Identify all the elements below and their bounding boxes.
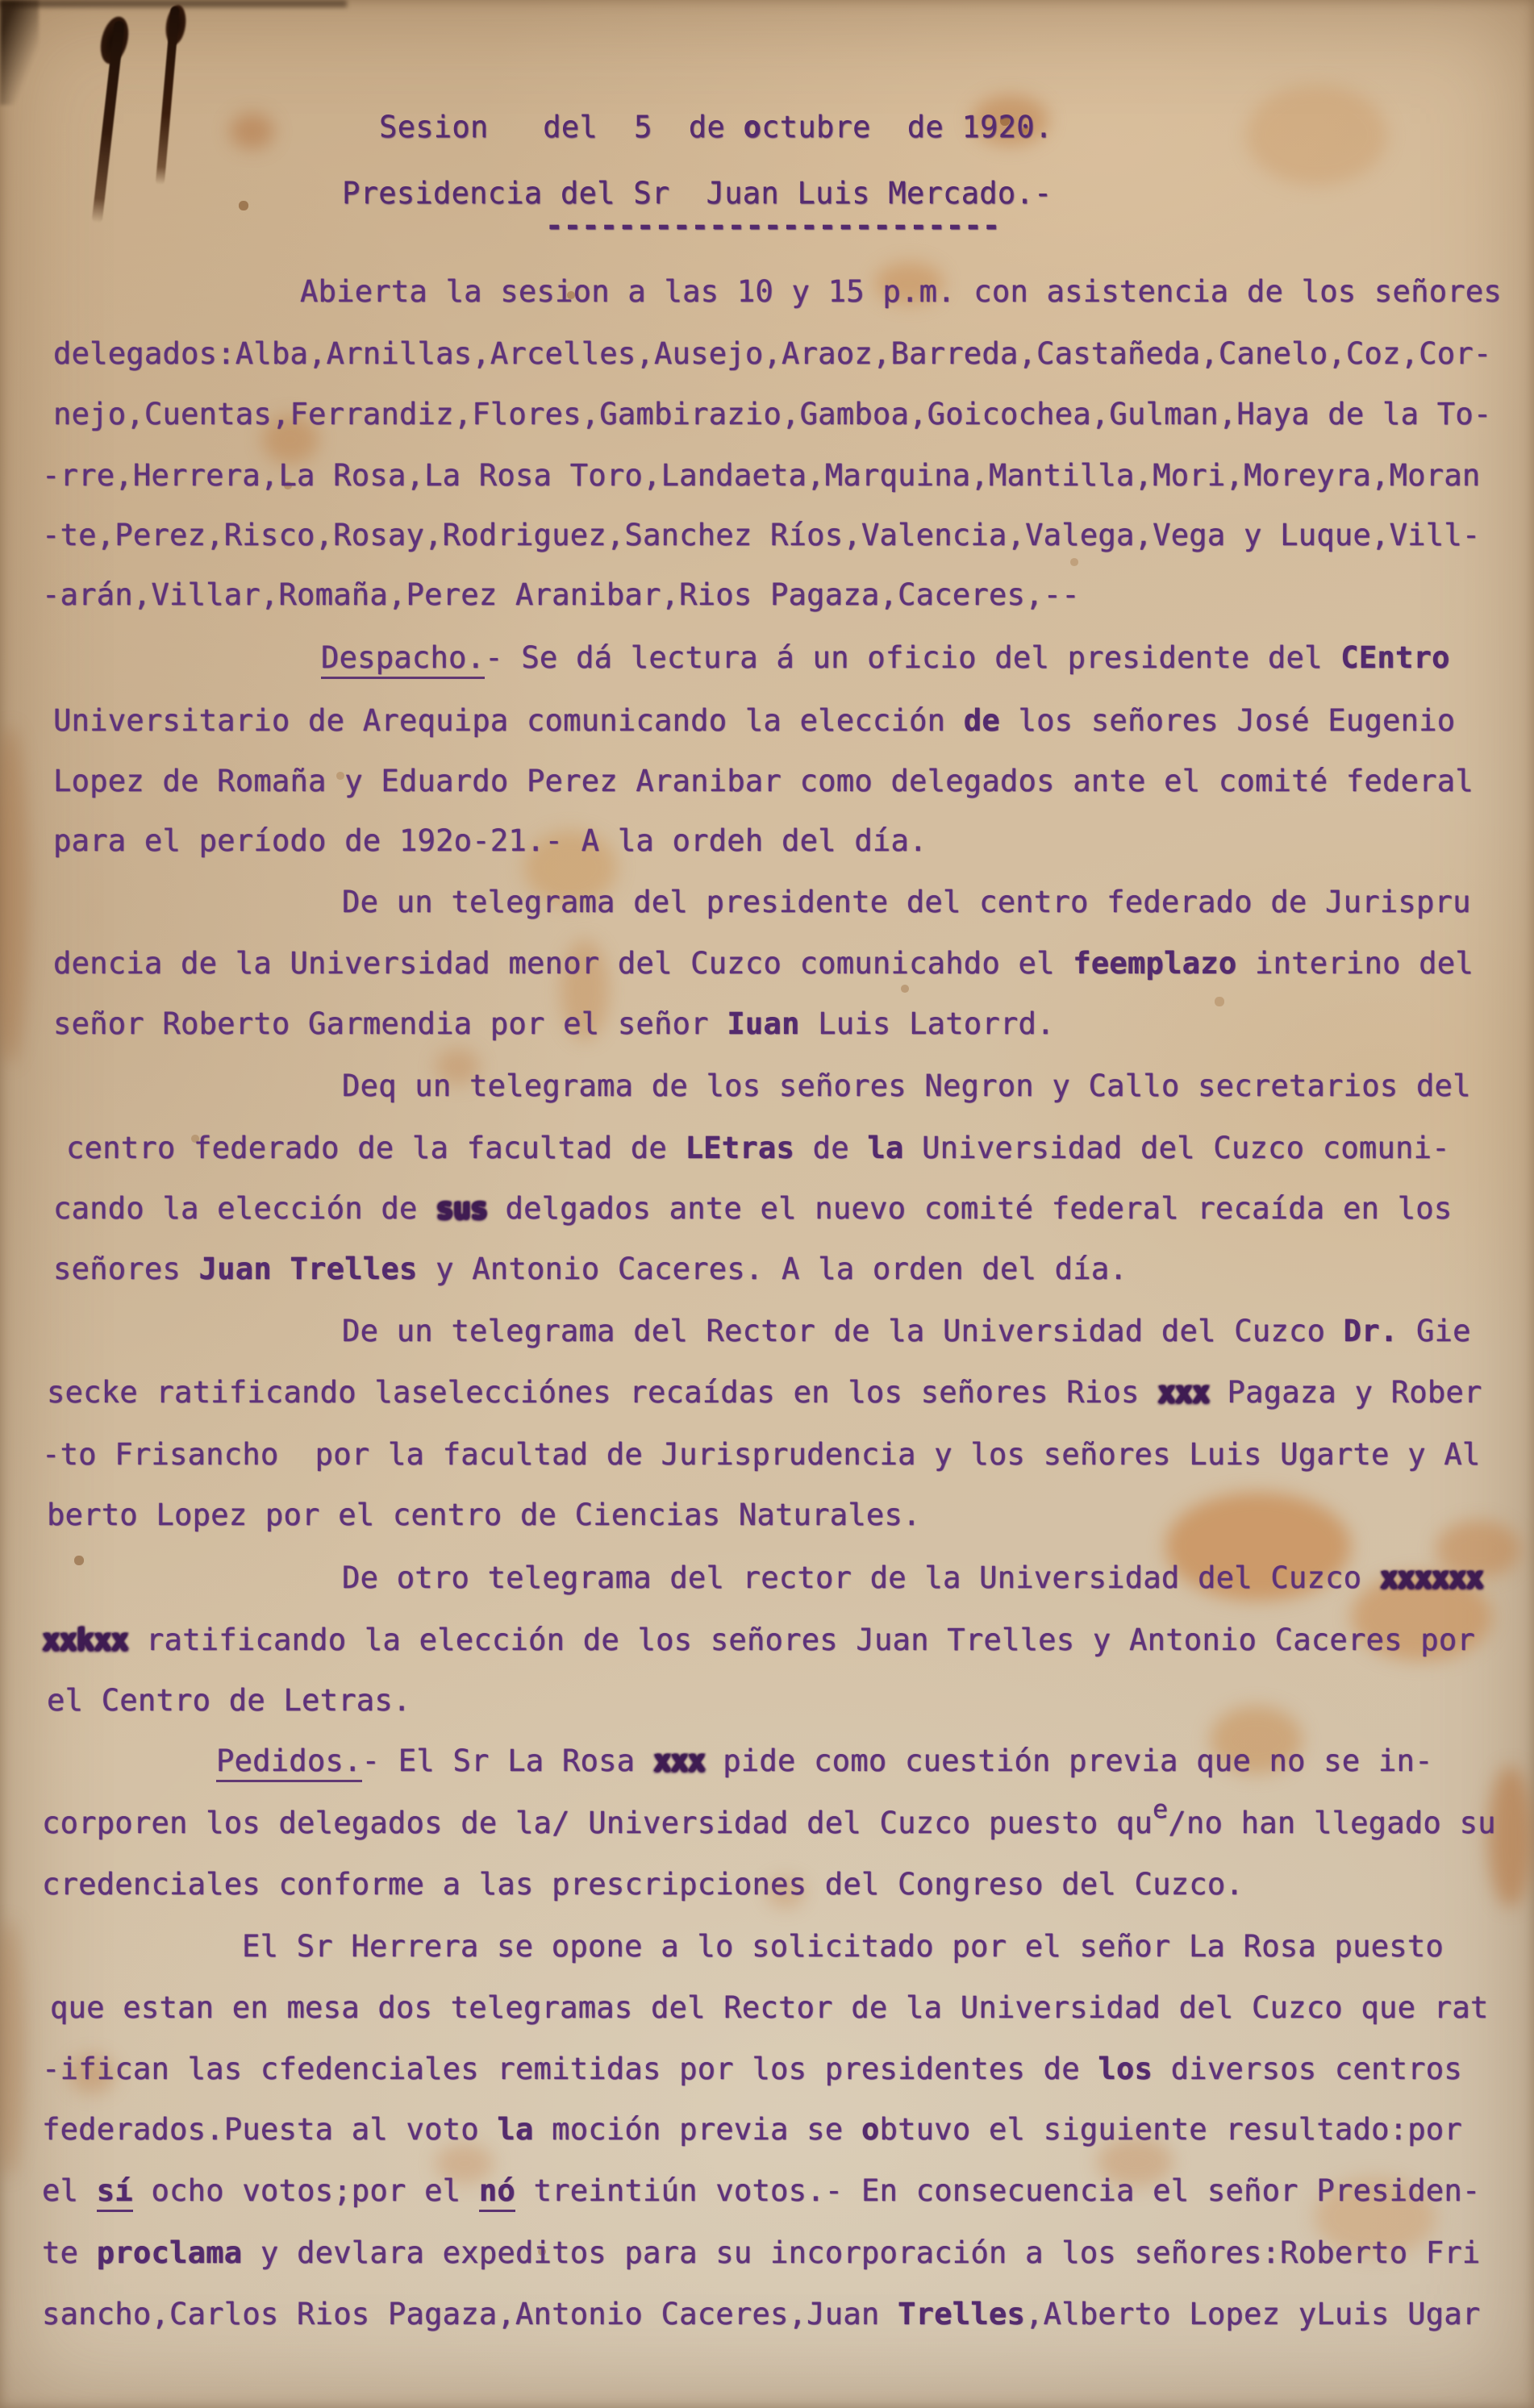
text-line: De otro telegrama del rector de la Unive… (342, 1560, 1482, 1595)
text-segment: Lopez de Romaña y Eduardo Perez Aranibar… (53, 764, 1474, 798)
text-segment: De otro telegrama del rector de la Unive… (342, 1560, 1380, 1595)
text-segment: pide como cuestión previa que no se in- (705, 1744, 1433, 1778)
text-segment: Dr. (1344, 1314, 1399, 1348)
text-line: Abierta la sesion a las 10 y 15 p.m. con… (300, 274, 1502, 309)
text-segment: -ifican las cfedenciales remitidas por l… (42, 2052, 1098, 2086)
text-line: credenciales conforme a las prescripcion… (42, 1867, 1244, 1902)
text-segment: de (794, 1131, 867, 1165)
text-segment: para el período de 192o-21.- A la ordeh … (53, 823, 927, 858)
text-segment: cando la elección de (53, 1191, 436, 1226)
text-segment: De un telegrama del presidente del centr… (342, 885, 1471, 919)
text-segment: xxx (653, 1744, 705, 1778)
text-segment: ctubre de 1920. (761, 110, 1053, 144)
text-segment: diversos centros (1153, 2052, 1462, 2086)
text-line: corporen los delegados de la/ Universida… (42, 1806, 1496, 1840)
text-line: Presidencia del Sr Juan Luis Mercado.- (342, 176, 1052, 210)
text-line: Despacho.- Se dá lectura á un oficio del… (321, 640, 1450, 675)
text-segment: Pagaza y Rober (1209, 1375, 1482, 1410)
text-segment: e (1153, 1795, 1168, 1824)
text-line: centro federado de la facultad de LEtras… (66, 1131, 1450, 1165)
text-line: -arán,Villar,Romaña,Perez Aranibar,Rios … (42, 577, 1080, 612)
text-segment: federados.Puesta al voto (42, 2112, 497, 2147)
text-line: secke ratificando laselecciónes recaídas… (47, 1375, 1482, 1410)
text-segment: corporen los delegados de la/ Universida… (42, 1806, 1153, 1840)
text-segment: y Antonio Caceres. A la orden del día. (418, 1252, 1128, 1286)
text-segment: xxx (1157, 1375, 1209, 1410)
text-segment: delegados:Alba,Arnillas,Arcelles,Ausejo,… (53, 336, 1492, 371)
text-line: el Centro de Letras. (47, 1683, 411, 1718)
text-line: -rre,Herrera,La Rosa,La Rosa Toro,Landae… (42, 458, 1481, 493)
text-segment: -arán,Villar,Romaña,Perez Aranibar,Rios … (42, 577, 1080, 612)
text-segment: la (497, 2112, 533, 2147)
text-segment: nó (479, 2173, 515, 2212)
text-line: De un telegrama del Rector de la Univers… (342, 1314, 1471, 1348)
text-segment: Universitario de Arequipa comunicando la… (53, 703, 964, 738)
text-line: xxkxx ratificando la elección de los señ… (42, 1623, 1475, 1657)
text-segment: o (744, 110, 762, 144)
text-line: De un telegrama del presidente del centr… (342, 885, 1471, 919)
text-segment: /no han llegado su (1168, 1806, 1495, 1840)
text-segment: Abierta la sesion a las 10 y 15 p.m. con… (300, 274, 1502, 309)
text-segment: interino del (1236, 946, 1474, 981)
text-segment: El Sr Herrera se opone a lo solicitado p… (242, 1929, 1444, 1964)
text-segment: Luis Latorrd. (800, 1006, 1055, 1041)
text-line: -te,Perez,Risco,Rosay,Rodriguez,Sanchez … (42, 518, 1481, 552)
text-segment: delgados ante el nuevo comité federal re… (487, 1191, 1453, 1226)
text-segment: ,Alberto Lopez yLuis Ugar (1025, 2297, 1480, 2331)
text-segment: que estan en mesa dos telegramas del Rec… (50, 1990, 1489, 2025)
text-segment: dencia de la Universidad menor del Cuzco… (53, 946, 1073, 981)
text-line: para el período de 192o-21.- A la ordeh … (53, 823, 927, 858)
text-segment: treintiún votos.- En consecuencia el señ… (515, 2173, 1481, 2208)
text-segment: de (964, 703, 1000, 738)
text-line: Lopez de Romaña y Eduardo Perez Aranibar… (53, 764, 1474, 798)
text-line: -to Frisancho por la facultad de Jurispr… (42, 1437, 1481, 1472)
text-segment: Trelles (898, 2297, 1025, 2331)
text-segment: ------------------------- (545, 208, 1000, 243)
text-segment: el Centro de Letras. (47, 1683, 411, 1718)
text-line: ------------------------- (545, 208, 1000, 243)
text-segment: señores (53, 1252, 199, 1286)
text-segment: nejo,Cuentas,Ferrandiz,Flores,Gambirazio… (53, 397, 1492, 431)
text-segment: Pedidos. (216, 1744, 362, 1782)
text-line: el sí ocho votos;por el nó treintiún vot… (42, 2173, 1481, 2208)
text-segment: Gie (1398, 1314, 1470, 1348)
text-line: señor Roberto Garmendia por el señor Iua… (53, 1006, 1055, 1041)
text-segment: CEntro (1340, 640, 1449, 675)
text-segment: moción previa se (534, 2112, 861, 2147)
text-segment: Juan Trelles (199, 1252, 418, 1286)
text-line: dencia de la Universidad menor del Cuzco… (53, 946, 1474, 981)
text-segment: sancho,Carlos Rios Pagaza,Antonio Cacere… (42, 2297, 898, 2331)
text-segment: LEtras (686, 1131, 794, 1165)
text-line: que estan en mesa dos telegramas del Rec… (50, 1990, 1489, 2025)
text-segment: ratificando la elección de los señores J… (127, 1623, 1475, 1657)
text-segment: -rre,Herrera,La Rosa,La Rosa Toro,Landae… (42, 458, 1481, 493)
text-segment: Despacho. (321, 640, 485, 679)
text-line: te proclama y devlara expeditos para su … (42, 2235, 1481, 2270)
text-segment: ocho votos;por el (133, 2173, 479, 2208)
text-segment: sus (436, 1191, 487, 1226)
text-segment: señor Roberto Garmendia por el señor (53, 1006, 727, 1041)
text-segment: te (42, 2235, 97, 2270)
text-segment: proclama (97, 2235, 243, 2270)
text-line: sancho,Carlos Rios Pagaza,Antonio Cacere… (42, 2297, 1481, 2331)
text-segment: - Se dá lectura á un oficio del presiden… (485, 640, 1340, 675)
text-line: berto Lopez por el centro de Ciencias Na… (47, 1498, 921, 1532)
text-segment: y devlara expeditos para su incorporació… (242, 2235, 1480, 2270)
text-segment: la (867, 1131, 903, 1165)
text-line: -ifican las cfedenciales remitidas por l… (42, 2052, 1462, 2086)
typewritten-text: Sesion del 5 de octubre de 1920.Presiden… (0, 0, 1534, 2408)
text-line: Pedidos.- El Sr La Rosa xxx pide como cu… (216, 1744, 1433, 1778)
text-line: Universitario de Arequipa comunicando la… (53, 703, 1455, 738)
text-segment: berto Lopez por el centro de Ciencias Na… (47, 1498, 921, 1532)
text-segment: Sesion del 5 de (379, 110, 744, 144)
text-segment: btuvo el siguiente resultado:por (880, 2112, 1462, 2147)
text-segment: Deq un telegrama de los señores Negron y… (342, 1069, 1471, 1103)
text-segment: xxxxxx (1380, 1560, 1483, 1595)
text-line: delegados:Alba,Arnillas,Arcelles,Ausejo,… (53, 336, 1492, 371)
text-segment: sí (97, 2173, 133, 2212)
text-segment: -to Frisancho por la facultad de Jurispr… (42, 1437, 1481, 1472)
text-segment: los señores José Eugenio (1000, 703, 1455, 738)
text-segment: Iuan (727, 1006, 799, 1041)
text-segment: De un telegrama del Rector de la Univers… (342, 1314, 1344, 1348)
text-segment: xxkxx (42, 1623, 127, 1657)
text-line: Deq un telegrama de los señores Negron y… (342, 1069, 1471, 1103)
text-segment: Presidencia del Sr Juan Luis Mercado.- (342, 176, 1052, 210)
text-segment: -te,Perez,Risco,Rosay,Rodriguez,Sanchez … (42, 518, 1481, 552)
text-segment: credenciales conforme a las prescripcion… (42, 1867, 1244, 1902)
text-line: nejo,Cuentas,Ferrandiz,Flores,Gambirazio… (53, 397, 1492, 431)
text-line: El Sr Herrera se opone a lo solicitado p… (242, 1929, 1444, 1964)
text-segment: Universidad del Cuzco comuni- (904, 1131, 1450, 1165)
text-segment: el (42, 2173, 97, 2208)
text-segment: centro federado de la facultad de (66, 1131, 686, 1165)
text-line: Sesion del 5 de octubre de 1920. (379, 110, 1053, 144)
text-segment: feemplazo (1073, 946, 1236, 981)
text-segment: - El Sr La Rosa (362, 1744, 653, 1778)
text-segment: los (1098, 2052, 1153, 2086)
text-segment: secke ratificando laselecciónes recaídas… (47, 1375, 1157, 1410)
text-line: cando la elección de sus delgados ante e… (53, 1191, 1452, 1226)
text-line: señores Juan Trelles y Antonio Caceres. … (53, 1252, 1128, 1286)
text-line: federados.Puesta al voto la moción previ… (42, 2112, 1462, 2147)
text-segment: o (861, 2112, 880, 2147)
document-page: 11 Sesion del 5 de octubre de 1920.Presi… (0, 0, 1534, 2408)
